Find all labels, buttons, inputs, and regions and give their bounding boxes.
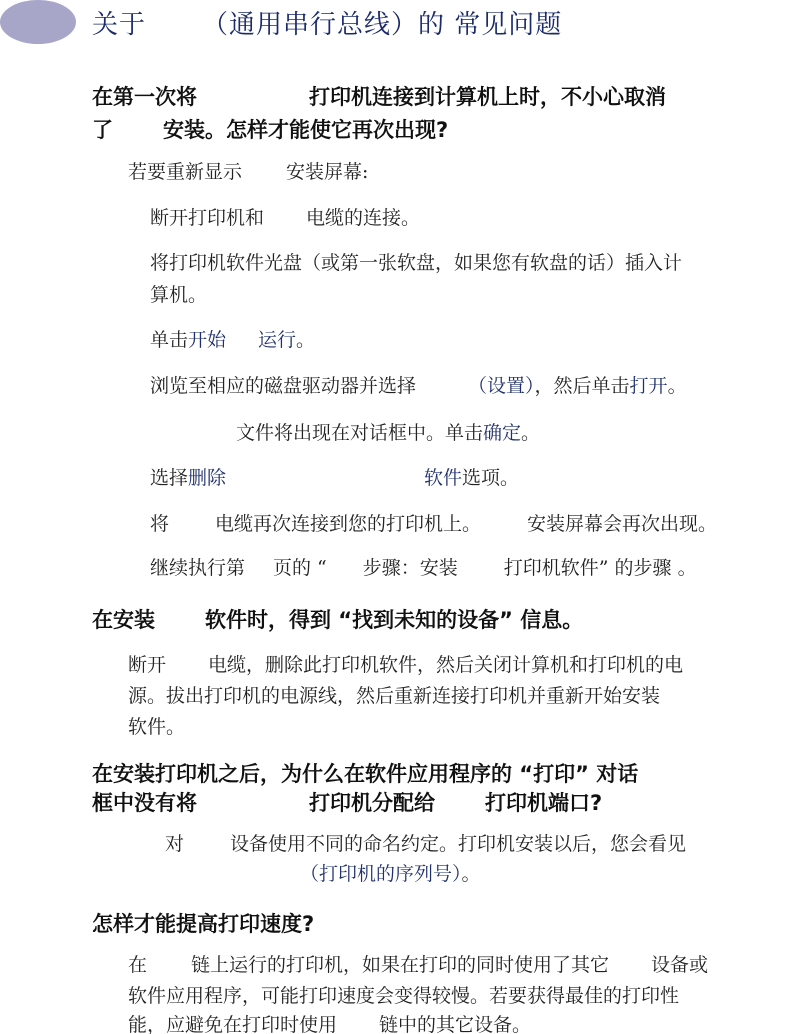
faq3-answer-line1: 对设备使用不同的命名约定。打印机安装以后，您会看见 [165,829,686,856]
faq4-question: 怎样才能提高打印速度? [92,908,314,938]
step4-end: 。 [668,375,687,397]
decorative-ellipse-icon [0,0,76,44]
step-7: 将电缆再次连接到您的打印机上。安装屏幕会再次出现。 [150,509,717,536]
faq2-answer-line3: 软件。 [128,712,185,739]
open-button-label: 打开 [630,375,668,397]
step-4: 浏览至相应的磁盘驱动器并选择（设置），然后单击打开。 [150,371,687,398]
step-2-line1: 将打印机软件光盘（或第一张软盘，如果您有软盘的话）插入计 [150,248,682,275]
q3-text-b: 打印机分配给 [309,791,435,815]
q1-text-a: 在第一次将 [92,85,197,109]
run-menu-label: 运行 [258,329,296,351]
faq1-question-line2: 了安装。怎样才能使它再次出现? [92,114,448,144]
ok-button-label: 确定 [483,422,521,444]
a3-text-a: 对 [165,833,184,855]
q1-text-c: 了 [92,118,113,142]
step7-text-a: 将 [150,513,169,535]
a4-text-b: 链上运行的打印机，如果在打印的同时使用了其它 [191,954,609,976]
remove-option-label: 删除 [188,467,226,489]
step8-text-d: 打印机软件” 的步骤 。 [504,557,697,579]
step3-text-a: 单击 [150,329,188,351]
step-8: 继续执行第页的 “步骤：安装打印机软件” 的步骤 。 [150,553,697,580]
step7-text-c: 安装屏幕会再次出现。 [527,513,717,535]
step-6: 选择删除软件选项。 [150,463,519,490]
page-title: 关于（通用串行总线）的 常见问题 [92,4,562,41]
faq2-question: 在安装软件时，得到 “找到未知的设备” 信息。 [92,604,583,634]
a4-text-c2: 能，应避免在打印时使用 [128,1014,337,1034]
setup-file-label: （设置） [468,375,535,397]
step-5: 文件将出现在对话框中。单击确定。 [236,418,540,445]
faq3-answer-line2: （打印机的序列号）。 [300,859,481,886]
faq2-answer-line1: 断开电缆，删除此打印机软件，然后关闭计算机和打印机的电 [128,650,683,677]
faq2-answer-line2: 源。拔出打印机的电源线，然后重新连接打印机并重新开始安装 [128,681,660,708]
step5-text-a: 文件将出现在对话框中。单击 [236,422,483,444]
a3-text-b: 设备使用不同的命名约定。打印机安装以后，您会看见 [230,833,686,855]
a2-text-a: 断开 [128,654,166,676]
step8-text-b: 页的 “ [273,557,327,579]
step3-end: 。 [296,329,315,351]
faq4-answer-line3: 能，应避免在打印时使用链中的其它设备。 [128,1010,531,1034]
step8-text-a: 继续执行第 [150,557,245,579]
step-3: 单击开始运行。 [150,325,315,352]
step8-text-c: 步骤：安装 [363,557,458,579]
intro-text-a: 若要重新显示 [128,161,242,183]
faq1-intro: 若要重新显示安装屏幕: [128,157,368,184]
q1-text-d: 安装。怎样才能使它再次出现? [163,118,448,142]
start-menu-label: 开始 [188,329,226,351]
step6-end: 选项。 [462,467,519,489]
faq1-question-line1: 在第一次将打印机连接到计算机上时，不小心取消 [92,81,666,111]
step1-text-b: 电缆的连接。 [306,207,420,229]
title-part1: 关于 [92,10,146,40]
faq3-question-line1: 在安装打印机之后，为什么在软件应用程序的 “打印” 对话 [92,758,638,788]
title-part2: （通用串行总线）的 常见问题 [202,10,562,40]
q1-text-b: 打印机连接到计算机上时，不小心取消 [309,85,666,109]
a4-text-d: 链中的其它设备。 [379,1014,531,1034]
step-1: 断开打印机和电缆的连接。 [150,203,420,230]
a4-text-a: 在 [128,954,147,976]
step6-text-a: 选择 [150,467,188,489]
step1-text-a: 断开打印机和 [150,207,264,229]
q2-text-b: 软件时，得到 “找到未知的设备” 信息。 [205,608,583,632]
step4-text-b: ，然后单击 [535,375,630,397]
step7-text-b: 电缆再次连接到您的打印机上。 [215,513,481,535]
a3-end: 。 [462,863,481,885]
software-option-label: 软件 [424,467,462,489]
faq4-answer-line2: 软件应用程序，可能打印速度会变得较慢。若要获得最佳的打印性 [128,981,679,1008]
step4-text-a: 浏览至相应的磁盘驱动器并选择 [150,375,416,397]
q3-text-c: 打印机端口? [485,791,602,815]
step5-end: 。 [521,422,540,444]
printer-serial-label: （打印机的序列号） [300,863,462,885]
q3-text-a: 框中没有将 [92,791,197,815]
a4-text-c: 设备或 [651,954,708,976]
intro-text-b: 安装屏幕: [286,161,368,183]
q2-text-a: 在安装 [92,608,155,632]
faq3-question-line2: 框中没有将打印机分配给打印机端口? [92,787,602,817]
faq4-answer-line1: 在链上运行的打印机，如果在打印的同时使用了其它设备或 [128,950,708,977]
a2-text-b: 电缆，删除此打印机软件，然后关闭计算机和打印机的电 [208,654,683,676]
step-2-line2: 算机。 [150,280,207,307]
